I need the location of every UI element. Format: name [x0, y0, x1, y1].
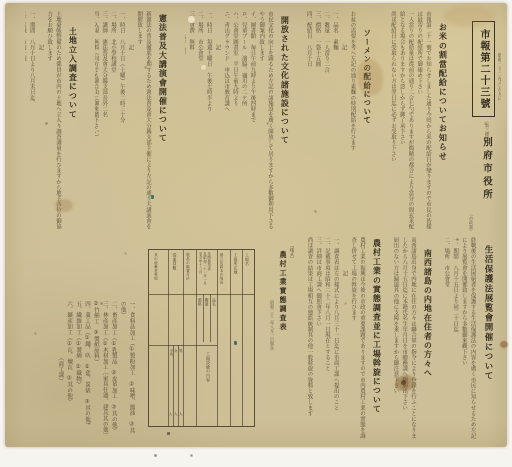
masthead-title-box: 市報第二十三號	[472, 21, 495, 117]
article-culture: 開放された文化諸施設について 市民文化の向上を圖るため左記の諸施設を廣く開放して…	[185, 11, 297, 233]
table-asof: （昭和二十二年八月一日現在）	[269, 239, 275, 435]
top-row: 市報第二十三號 （第三種） 昭和二十二年八月五日 別府市役所 （市政課） お米の…	[13, 11, 501, 233]
table-unit: 人	[169, 412, 173, 424]
article-nansei-body: 南西諸島出身で内地に在住の方々は聯合軍の指令により登錄を行ふことになりましたから…	[394, 237, 417, 439]
article-constitution: 憲法普及大講演會開催について 新憲法の普及徹底を期するため憲法普及會大分縣支部主…	[95, 11, 175, 233]
table-sub-label: 價格	[198, 298, 203, 338]
masthead-dept: （市政課）	[468, 212, 474, 233]
table-sub-label: 數量	[205, 298, 210, 338]
table-rule	[217, 250, 218, 426]
article-culture-body: 市民文化の向上を圖るため左記の諸施設を廣く開放して居りますから多數御利用下さるや…	[185, 11, 274, 233]
table-titles: （樣式） 農村工業實態調査表 （昭和二十二年八月一日現在）	[267, 239, 294, 435]
speckles	[5, 3, 6, 4]
table-style-label: （樣式）	[288, 239, 294, 435]
article-somen-body: お盆の需要を考へ左記の通り素麵の特別配給を行ひます 記 一、品名 素麵 二、數量…	[307, 11, 356, 233]
article-rice-body: 市報第二十一號でお知らせしました通り今囘から米の配給日が變りますので市民の皆樣は…	[389, 11, 432, 233]
table-emp-label: 女	[174, 349, 178, 369]
table-rule	[168, 250, 169, 426]
table-rule	[196, 250, 197, 426]
article-land-heading: 土地立入調査について	[67, 11, 78, 233]
article-nouson-body: 農村工業の振興は今後の市政の重要課題でありますので市内農村工業の實態を調査し併せ…	[305, 237, 366, 439]
table-title: 農村工業實態調査表	[278, 239, 288, 435]
bottom-row: 生活保護法展覧會開催について 終戰後の生活困窮者を保護する生活保護法の内容を廣く…	[13, 237, 501, 439]
article-rice: お米の割當配給についてお知らせ 市報第二十一號でお知らせしました通り今囘から米の…	[389, 11, 455, 233]
table-col-header: 工場名	[245, 253, 250, 293]
table-grid: 工場名 工場所在地 創立及資本の現況 年間製造高 自昭和二十一年一月 至仝年十二…	[148, 249, 255, 427]
table-col-header: 其の他參考事項	[154, 253, 158, 293]
table-rule	[149, 294, 254, 295]
table-rule	[183, 250, 184, 426]
article-seikatsu-heading: 生活保護法展覧會開催について	[482, 237, 494, 439]
table-col-header: 工場所在地	[234, 253, 239, 293]
article-nansei: 南西諸島の内地在住者の方々へ 南西諸島出身で内地に在住の方々は聯合軍の指令により…	[394, 237, 440, 439]
masthead: 市報第二十三號 （第三種） 昭和二十二年八月五日 別府市役所 （市政課）	[465, 11, 501, 233]
article-nansei-heading: 南西諸島の内地在住者の方々へ	[422, 237, 433, 439]
article-land: 土地立入調査について 土地臺帳整備のため係員が市内の土地へ立入り調査測量を行ひま…	[25, 11, 85, 233]
table-unit: 人	[179, 412, 183, 424]
table-emp-label: 平均	[169, 349, 173, 369]
article-categories-body: 一、食料品加工（①製粉加工 ②味噌、醬油 ③其の他） 二、畜產加工（①乳製品 ②…	[55, 301, 135, 439]
masthead-publisher: 別府市役所	[479, 137, 493, 202]
article-constitution-heading: 憲法普及大講演會開催について	[157, 11, 168, 233]
article-somen-heading: ソーメンの配給について	[362, 11, 373, 233]
table-rule	[149, 345, 217, 346]
table-col-header: 創立及資本の現況	[220, 253, 224, 293]
table-col-header: 從業員數	[173, 253, 178, 293]
article-categories: 一、食料品加工（①製粉加工 ②味噌、醬油 ③其の他） 二、畜產加工（①乳製品 ②…	[21, 237, 141, 439]
article-seikatsu: 生活保護法展覧會開催について 終戰後の生活困窮者を保護する生活保護法の内容を廣く…	[445, 237, 501, 439]
table-rule	[242, 250, 243, 426]
newspaper-scan: 市報第二十三號 （第三種） 昭和二十二年八月五日 別府市役所 （市政課） お米の…	[5, 3, 507, 447]
masthead-title: 市報第二十三號	[476, 29, 491, 110]
table-emp-label: 男	[179, 349, 183, 369]
article-rice-heading: お米の割當配給についてお知らせ	[437, 11, 448, 233]
table-rule	[230, 250, 231, 426]
table-equipment-label: 工場設備の内容	[206, 352, 211, 412]
table-col-header: 年間製造高 自昭和二十一年一月 至仝年十二月	[198, 252, 211, 294]
article-constitution-body: 新憲法の普及徹底を期するため憲法普及會大分縣支部主催により左記の通り大講演會を開…	[95, 11, 152, 233]
masthead-date: 昭和二十二年八月五日	[496, 53, 501, 101]
article-culture-heading: 開放された文化諸施設について	[279, 11, 290, 233]
stain	[500, 341, 508, 348]
survey-table: （樣式） 農村工業實態調査表 （昭和二十二年八月一日現在） 工場名 工場所在地 …	[146, 237, 296, 439]
article-nouson-heading: 農村工業の實態調査並に工場斡旋について	[371, 237, 382, 439]
table-unit: 人	[174, 412, 178, 424]
article-somen: ソーメンの配給について お盆の需要を考へ左記の通り素麵の特別配給を行ひます 記 …	[307, 11, 379, 233]
table-sub-label: 品名	[212, 298, 217, 338]
article-nouson: 農村工業の實態調査並に工場斡旋について 農村工業の振興は今後の市政の重要課題であ…	[301, 237, 389, 439]
article-land-body: 土地臺帳整備のため係員が市内の土地へ立入り調査測量を行ひますから地主各位の御協力…	[25, 11, 62, 233]
table-col-header: 製品の販賣方法	[186, 253, 190, 293]
article-seikatsu-body: 終戰後の生活困窮者を保護する生活保護法の内容を廣く市民に知らせるため左記により展…	[445, 237, 477, 439]
